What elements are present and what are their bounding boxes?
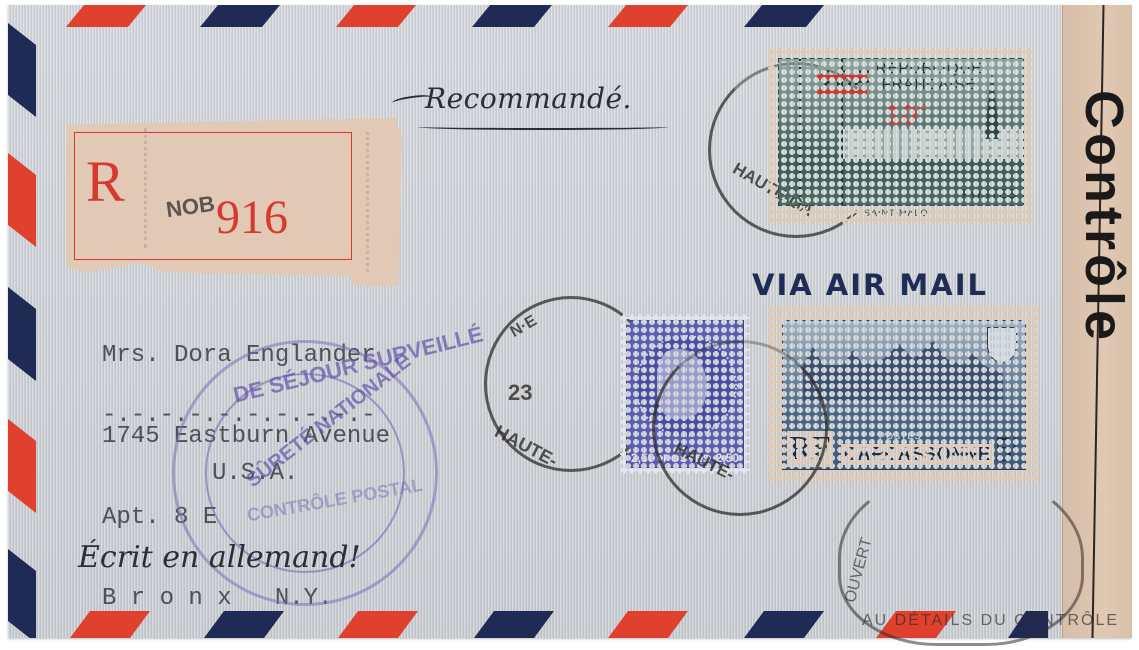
stamp-value-number: 5 bbox=[994, 429, 1012, 469]
stamp-surcharge-value: 10F bbox=[886, 99, 926, 131]
stamp-value-unit: F bbox=[1012, 435, 1021, 452]
surcharge-bar bbox=[817, 89, 867, 94]
stamp-caption: SAINT-MALO bbox=[864, 208, 929, 218]
handwritten-recommande: Recommandé. bbox=[425, 82, 632, 115]
control-handstamp-bottom-text: AU DÉTAILS DU CONTRÔLE bbox=[862, 612, 1119, 630]
stamp-value-left: 2,50 bbox=[631, 451, 654, 465]
handwriting-underline bbox=[418, 124, 668, 130]
stamp-saint-malo: REPUBLIQUE FRANCAISE 20F 10F POSTES SAIN… bbox=[768, 48, 1034, 224]
postmark-cds bbox=[652, 340, 828, 516]
castle-illustration bbox=[803, 341, 1003, 401]
stamp-postes: POSTES bbox=[962, 187, 1017, 201]
registration-label: R NOB 916 bbox=[66, 118, 402, 286]
registration-number: 916 bbox=[216, 190, 288, 245]
stamp-vignette: REPUBLIQUE FRANCAISE 20F 10F POSTES bbox=[778, 58, 1024, 206]
perforation-line bbox=[144, 128, 147, 248]
surcharge-bar bbox=[817, 75, 867, 80]
registration-letter: R bbox=[86, 148, 125, 215]
coat-of-arms-icon bbox=[987, 327, 1017, 363]
perforation-line bbox=[366, 132, 369, 272]
stamp-name: CARCASSONNE bbox=[841, 444, 994, 465]
via-air-mail-label: VIA AIR MAIL bbox=[752, 268, 988, 302]
surcharge-unit: F bbox=[917, 101, 926, 117]
surcharge-number: 10 bbox=[886, 99, 917, 130]
postmark-date: 23 bbox=[508, 380, 532, 406]
stamp-country: REPUBLIQUE FRANCAISE bbox=[869, 61, 989, 93]
censor-tape-word: Contrôle bbox=[1073, 90, 1135, 344]
stamp-value: 5F bbox=[994, 426, 1021, 467]
stamp-postes: POSTES bbox=[879, 431, 922, 441]
handwritten-ecrit-en-allemand: Écrit en allemand! bbox=[78, 540, 361, 575]
